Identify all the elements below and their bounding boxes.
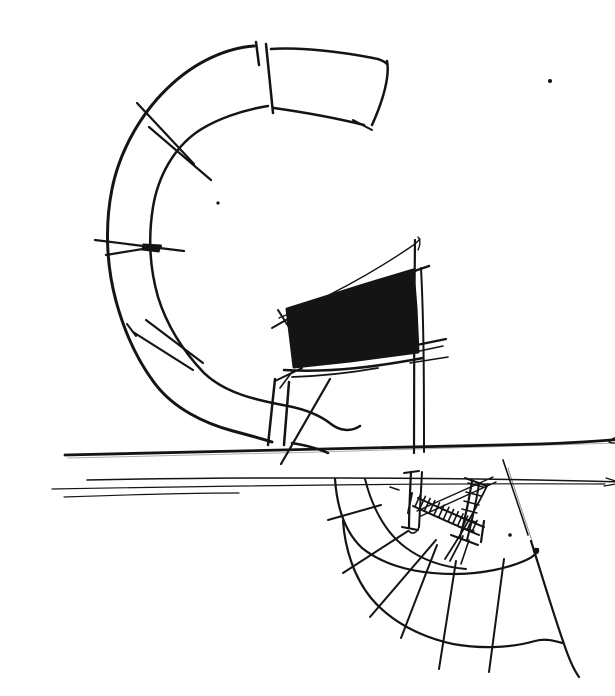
fan-start-dash xyxy=(390,487,399,490)
boundary-diagonal-upper xyxy=(503,460,528,535)
fan-spoke-3 xyxy=(370,540,436,617)
ink-dot-fan xyxy=(508,533,512,537)
c-band-tick-top-a xyxy=(256,42,259,65)
ink-node-fan-corner xyxy=(533,548,539,554)
c-band-tick-arm-b xyxy=(284,382,289,445)
pavilion-outline-hook xyxy=(418,237,420,250)
c-band-tick-top-b xyxy=(266,44,273,113)
ground-line-lower-b xyxy=(52,484,605,489)
pavilion-post-right xyxy=(421,268,424,452)
pavilion-black-roof xyxy=(287,270,418,367)
sketch-canvas xyxy=(40,16,615,680)
fan-spoke-6 xyxy=(489,559,504,672)
pavilion-corner-serif-b xyxy=(280,372,292,388)
ramp-end-right xyxy=(481,521,484,542)
brace-diagonal-a xyxy=(417,477,493,511)
c-band-tick-arm-a xyxy=(268,379,275,445)
c-band-top-segment-top-edge xyxy=(271,49,387,64)
ground-line-upper xyxy=(65,439,615,455)
c-band-tick-left-blob xyxy=(142,244,161,252)
brace-diagonal-b xyxy=(421,482,496,516)
pier-spur-b xyxy=(461,540,469,564)
c-band-top-segment-bottom-edge xyxy=(274,108,364,125)
c-band-tick-lowerleft-b xyxy=(146,320,203,363)
ink-dot-inside-c xyxy=(216,201,219,204)
ink-dot-top-right xyxy=(548,79,552,83)
fan-spoke-1 xyxy=(328,505,381,520)
ink-stroke-layer xyxy=(52,42,615,677)
stair-post-left-cap xyxy=(404,471,419,473)
ground-line-lower-a xyxy=(87,478,615,482)
c-band-tick-upperleft-a xyxy=(137,103,194,164)
c-band-tick-upperleft-b xyxy=(149,127,211,180)
architectural-sketch xyxy=(40,16,615,680)
ground-line-upper-ghost xyxy=(68,443,615,458)
c-band-top-segment-end-cap xyxy=(372,61,388,125)
ground-line-lower-c xyxy=(64,493,239,497)
fan-spoke-5 xyxy=(439,561,456,669)
fan-arc-middle xyxy=(335,479,538,574)
c-band-top-segment-serif xyxy=(353,120,372,130)
boundary-diagonal-lower xyxy=(531,541,579,677)
